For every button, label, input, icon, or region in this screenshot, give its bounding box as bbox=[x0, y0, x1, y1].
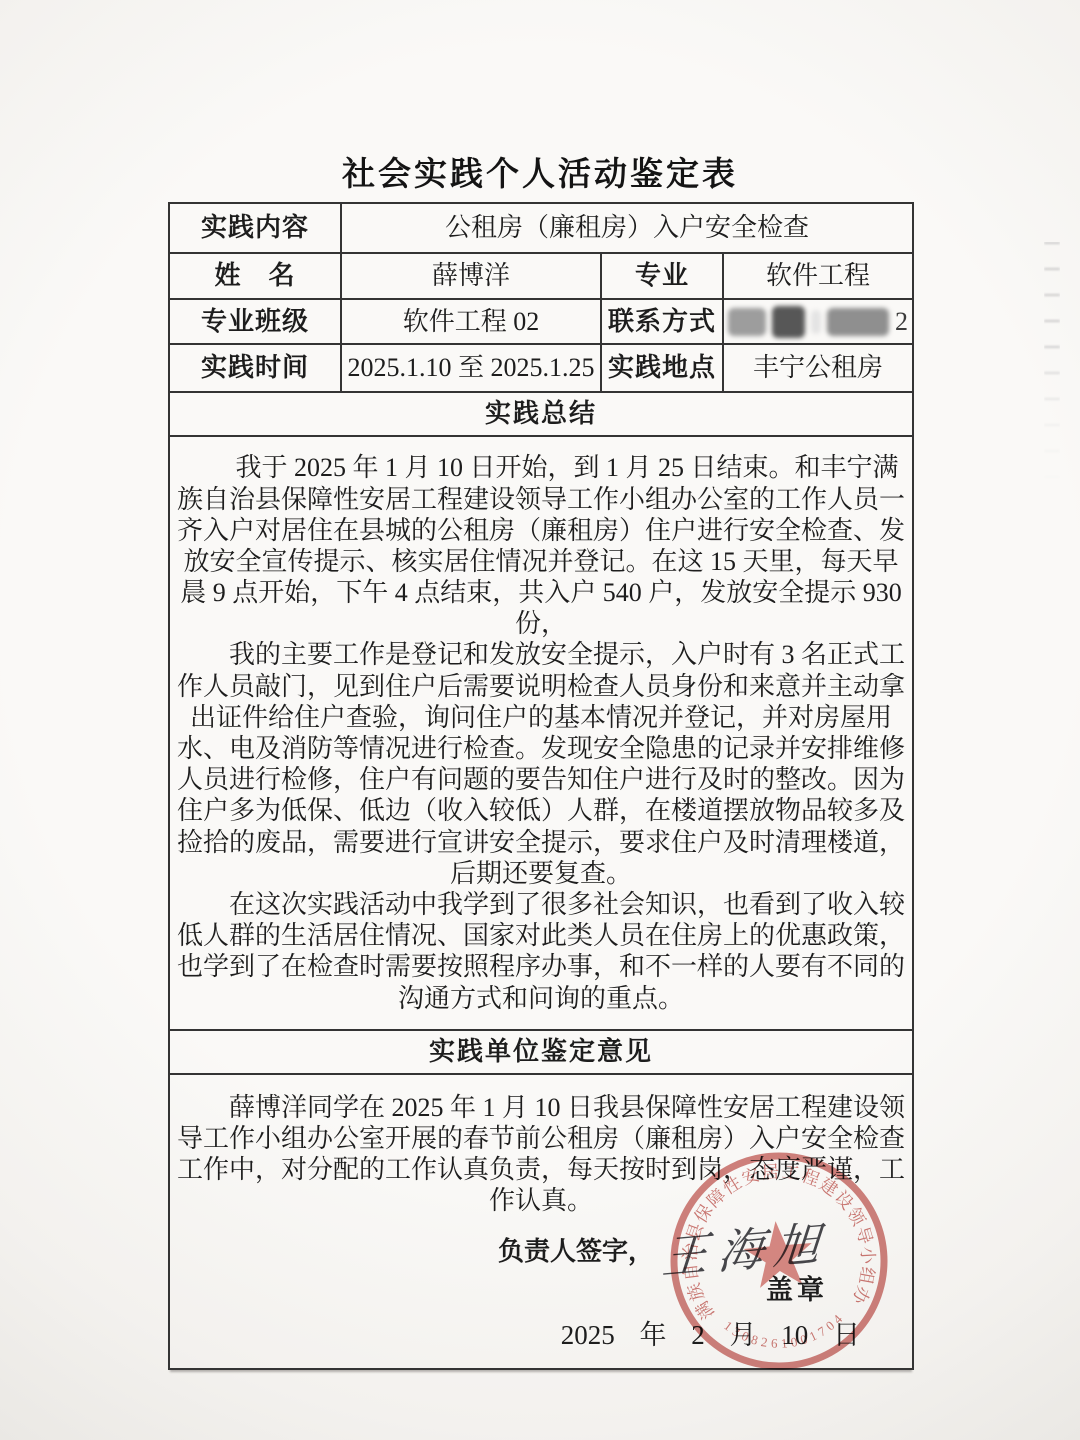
location-label: 实践地点 bbox=[601, 344, 723, 392]
class-value: 软件工程 02 bbox=[341, 299, 601, 344]
summary-cell: 我于 2025 年 1 月 10 日开始，到 1 月 25 日结束。和丰宁满族自… bbox=[169, 436, 913, 1030]
contact-value: 2 bbox=[723, 299, 913, 344]
scanned-document-page: 社会实践个人活动鉴定表 实践内容 公租房（廉租房）入户安全检查 姓 名 薛博洋 … bbox=[0, 0, 1080, 1440]
summary-paragraph-3: 在这次实践活动中我学到了很多社会知识，也看到了收入较低人群的生活居住情况、国家对… bbox=[174, 889, 908, 1014]
table-row: 实践时间 2025.1.10 至 2025.1.25 实践地点 丰宁公租房 bbox=[169, 344, 913, 392]
redaction-block bbox=[811, 310, 821, 334]
summary-paragraph-1: 我于 2025 年 1 月 10 日开始，到 1 月 25 日结束。和丰宁满族自… bbox=[174, 452, 908, 639]
contact-redacted-value: 2 bbox=[728, 306, 908, 338]
signature-handwriting: 王海旭 bbox=[660, 1221, 831, 1282]
name-label: 姓 名 bbox=[169, 253, 341, 299]
time-value: 2025.1.10 至 2025.1.25 bbox=[341, 344, 601, 392]
table-row: 实践总结 bbox=[169, 392, 913, 436]
redaction-block bbox=[772, 306, 805, 338]
table-row: 实践内容 公租房（廉租房）入户安全检查 bbox=[169, 203, 913, 253]
major-label: 专业 bbox=[601, 253, 723, 299]
redaction-block bbox=[827, 308, 889, 336]
time-label: 实践时间 bbox=[169, 344, 341, 392]
major-value: 软件工程 bbox=[723, 253, 913, 299]
practice-content-value: 公租房（廉租房）入户安全检查 bbox=[341, 203, 913, 253]
location-value: 丰宁公租房 bbox=[723, 344, 913, 392]
redaction-block bbox=[728, 308, 766, 336]
table-row: 姓 名 薛博洋 专业 软件工程 bbox=[169, 253, 913, 299]
table-row: 专业班级 软件工程 02 联系方式 2 bbox=[169, 299, 913, 344]
table-row: 我于 2025 年 1 月 10 日开始，到 1 月 25 日结束。和丰宁满族自… bbox=[169, 436, 913, 1030]
summary-paragraph-2: 我的主要工作是登记和发放安全提示，入户时有 3 名正式工作人员敲门，见到住户后需… bbox=[174, 639, 908, 889]
name-value: 薛博洋 bbox=[341, 253, 601, 299]
contact-visible-digit: 2 bbox=[895, 306, 908, 337]
info-table: 实践内容 公租房（廉租房）入户安全检查 姓 名 薛博洋 专业 软件工程 专业班级… bbox=[168, 202, 914, 1370]
table-row: 实践单位鉴定意见 bbox=[169, 1030, 913, 1074]
signature-row: 负责人签字， 王海旭 bbox=[174, 1228, 908, 1274]
table-row: 薛博洋同学在 2025 年 1 月 10 日我县保障性安居工程建设领导工作小组办… bbox=[169, 1074, 913, 1369]
evaluation-paragraph: 薛博洋同学在 2025 年 1 月 10 日我县保障性安居工程建设领导工作小组办… bbox=[174, 1092, 908, 1217]
contact-label: 联系方式 bbox=[601, 299, 723, 344]
practice-content-label: 实践内容 bbox=[169, 203, 341, 253]
page-title: 社会实践个人活动鉴定表 bbox=[168, 148, 912, 195]
evaluation-cell: 薛博洋同学在 2025 年 1 月 10 日我县保障性安居工程建设领导工作小组办… bbox=[169, 1074, 913, 1369]
evaluation-section-header: 实践单位鉴定意见 bbox=[169, 1030, 913, 1074]
summary-section-header: 实践总结 bbox=[169, 392, 913, 436]
evaluation-date: 2025 年 2 月 10 日 bbox=[174, 1319, 908, 1351]
scan-bleed-artifact bbox=[1044, 242, 1060, 492]
class-label: 专业班级 bbox=[169, 299, 341, 344]
seal-label: 盖章 bbox=[174, 1274, 908, 1306]
signer-label: 负责人签字， bbox=[498, 1236, 654, 1267]
